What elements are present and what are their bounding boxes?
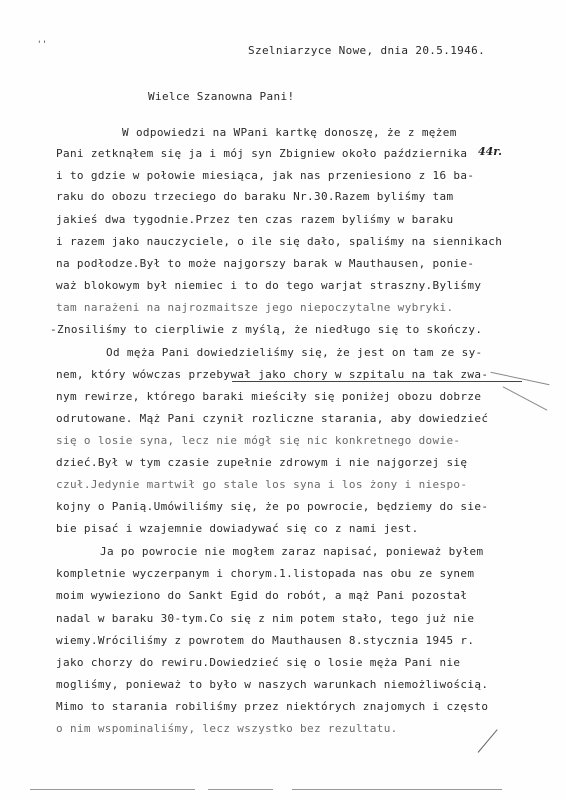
letter-line: dzieć.Był w tym czasie zupełnie zdrowym … [56,456,467,470]
salutation: Wielce Szanowna Pani! [148,90,294,104]
letter-line: waż blokowym był niemiec i to do tego wa… [56,279,481,293]
letter-line: i to gdzie w połowie miesiąca, jak nas p… [56,169,474,183]
letter-line: na podłodze.Był to może najgorszy barak … [56,257,474,271]
letter-line: raku do obozu trzeciego do baraku Nr.30.… [56,190,453,204]
letter-line: Pani zetknąłem się ja i mój syn Zbigniew… [56,147,467,161]
place-date: Szelniarzyce Nowe, dnia 20.5.1946. [248,44,485,58]
letter-page: ' ' Szelniarzyce Nowe, dnia 20.5.1946. W… [0,0,566,800]
letter-line: Od męża Pani dowiedzieliśmy się, że jest… [106,346,483,360]
pencil-stroke [503,386,548,410]
letter-line: wiemy.Wróciliśmy z powrotem do Mauthause… [56,634,474,648]
letter-line: kompletnie wyczerpanym i chorym.1.listop… [56,567,474,581]
letter-line: się o losie syna, lecz nie mógł się nic … [56,434,460,448]
letter-line: o nim wspominaliśmy, lecz wszystko bez r… [56,722,398,736]
letter-line: odrutowane. Mąż Pani czynił rozliczne st… [56,412,488,426]
letter-line: i razem jako nauczyciele, o ile się dało… [56,235,502,249]
letter-line: czuł.Jedynie martwił go stale los syna i… [56,478,467,492]
letter-line: jakieś dwa tygodnie.Przez ten czas razem… [56,213,453,227]
letter-line: -Znosiliśmy to cierpliwie z myślą, że ni… [50,323,482,337]
underline-mark [232,381,522,382]
letter-line: bie pisać i wzajemnie dowiadywać się co … [56,522,419,536]
letter-line: nem, który wówczas przebywał jako chory … [56,368,488,382]
page-edge-line [30,789,195,790]
page-edge-line [292,789,502,790]
letter-line: Mimo to starania robiliśmy przez niektór… [56,700,488,714]
handwritten-year-note: 44r. [478,145,502,158]
letter-line: jako chorzy do rewiru.Dowiedzieć się o l… [56,656,460,670]
letter-line: W odpowiedzi na WPani kartkę donoszę, że… [122,126,457,140]
letter-line: Ja po powrocie nie mogłem zaraz napisać,… [100,545,484,559]
letter-line: moim wywieziono do Sankt Egid do robót, … [56,589,467,603]
letter-line: mogliśmy, ponieważ to było w naszych war… [56,678,488,692]
pencil-stroke [491,372,550,385]
pencil-stroke [478,729,498,753]
letter-line: kojny o Panią.Umówiliśmy się, że po powr… [56,500,488,514]
letter-line: tam narażeni na najrozmaitsze jego niepo… [56,301,453,315]
page-edge-line [208,789,273,790]
corner-marks: ' ' [38,40,46,50]
letter-line: nym rewirze, którego baraki mieściły się… [56,390,481,404]
letter-line: nadal w baraku 30-tym.Co się z nim potem… [56,612,474,626]
